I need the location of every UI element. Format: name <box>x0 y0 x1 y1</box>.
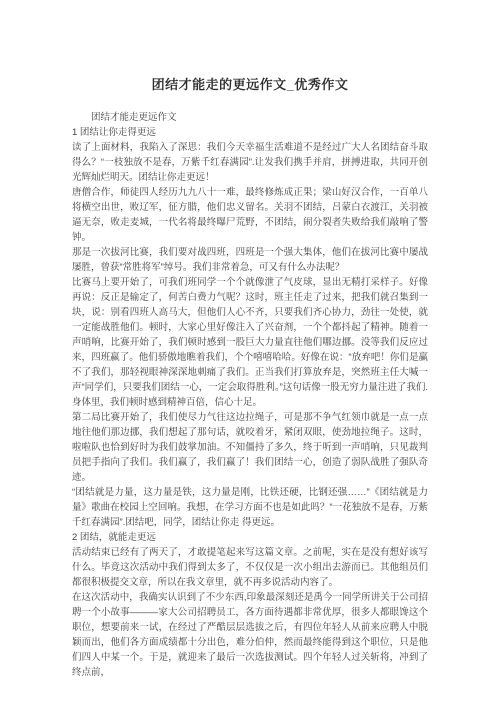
document-page: 团结才能走的更远作文_优秀作文 团结才能走更远作文 1 团结让你走得更远 读了上… <box>0 0 500 707</box>
paragraph: 那是一次拔河比赛，我们要对战四班，四班是一个强大集体，他们在拔河比赛中屡战屡胜，… <box>72 245 428 275</box>
paragraph: 第二局比赛开始了，我们使尽力气往这边拉绳子，可是那不争气红领巾就是一点一点地往他… <box>72 410 428 485</box>
section-1-heading: 1 团结让你走得更远 <box>72 125 428 140</box>
section-2-heading: 2 团结，就能走更远 <box>72 530 428 545</box>
paragraph: “团结就是力量，这力量是铁，这力量是刚，比铁还硬，比钢还强……”《团结就是力量》… <box>72 485 428 530</box>
paragraph: 活动结束已经有了两天了，才敢提笔起来写这篇文章。之前呢，实在是没有想好该写什么。… <box>72 545 428 590</box>
paragraph: 读了上面材料，我陷入了深思：我们今天幸福生活难道不是经过广大人名团结奋斗取得么？… <box>72 140 428 185</box>
paragraph: 唐僧合作，师徒四人经历九九八十一难，最终修炼成正果；梁山好汉合作，一百单八将横空… <box>72 185 428 245</box>
page-title: 团结才能走的更远作文_优秀作文 <box>72 76 428 93</box>
paragraph: 在这次活动中，我确实认识到了不少东西,印象最深刻还是禹今一同学所讲关于公司招聘一… <box>72 590 428 680</box>
document-subtitle: 团结才能走更远作文 <box>72 110 428 125</box>
paragraph: 比赛马上要开始了，可我们班同学一个个就像泄了气皮球，显出无精打采样子。好像再说：… <box>72 275 428 410</box>
